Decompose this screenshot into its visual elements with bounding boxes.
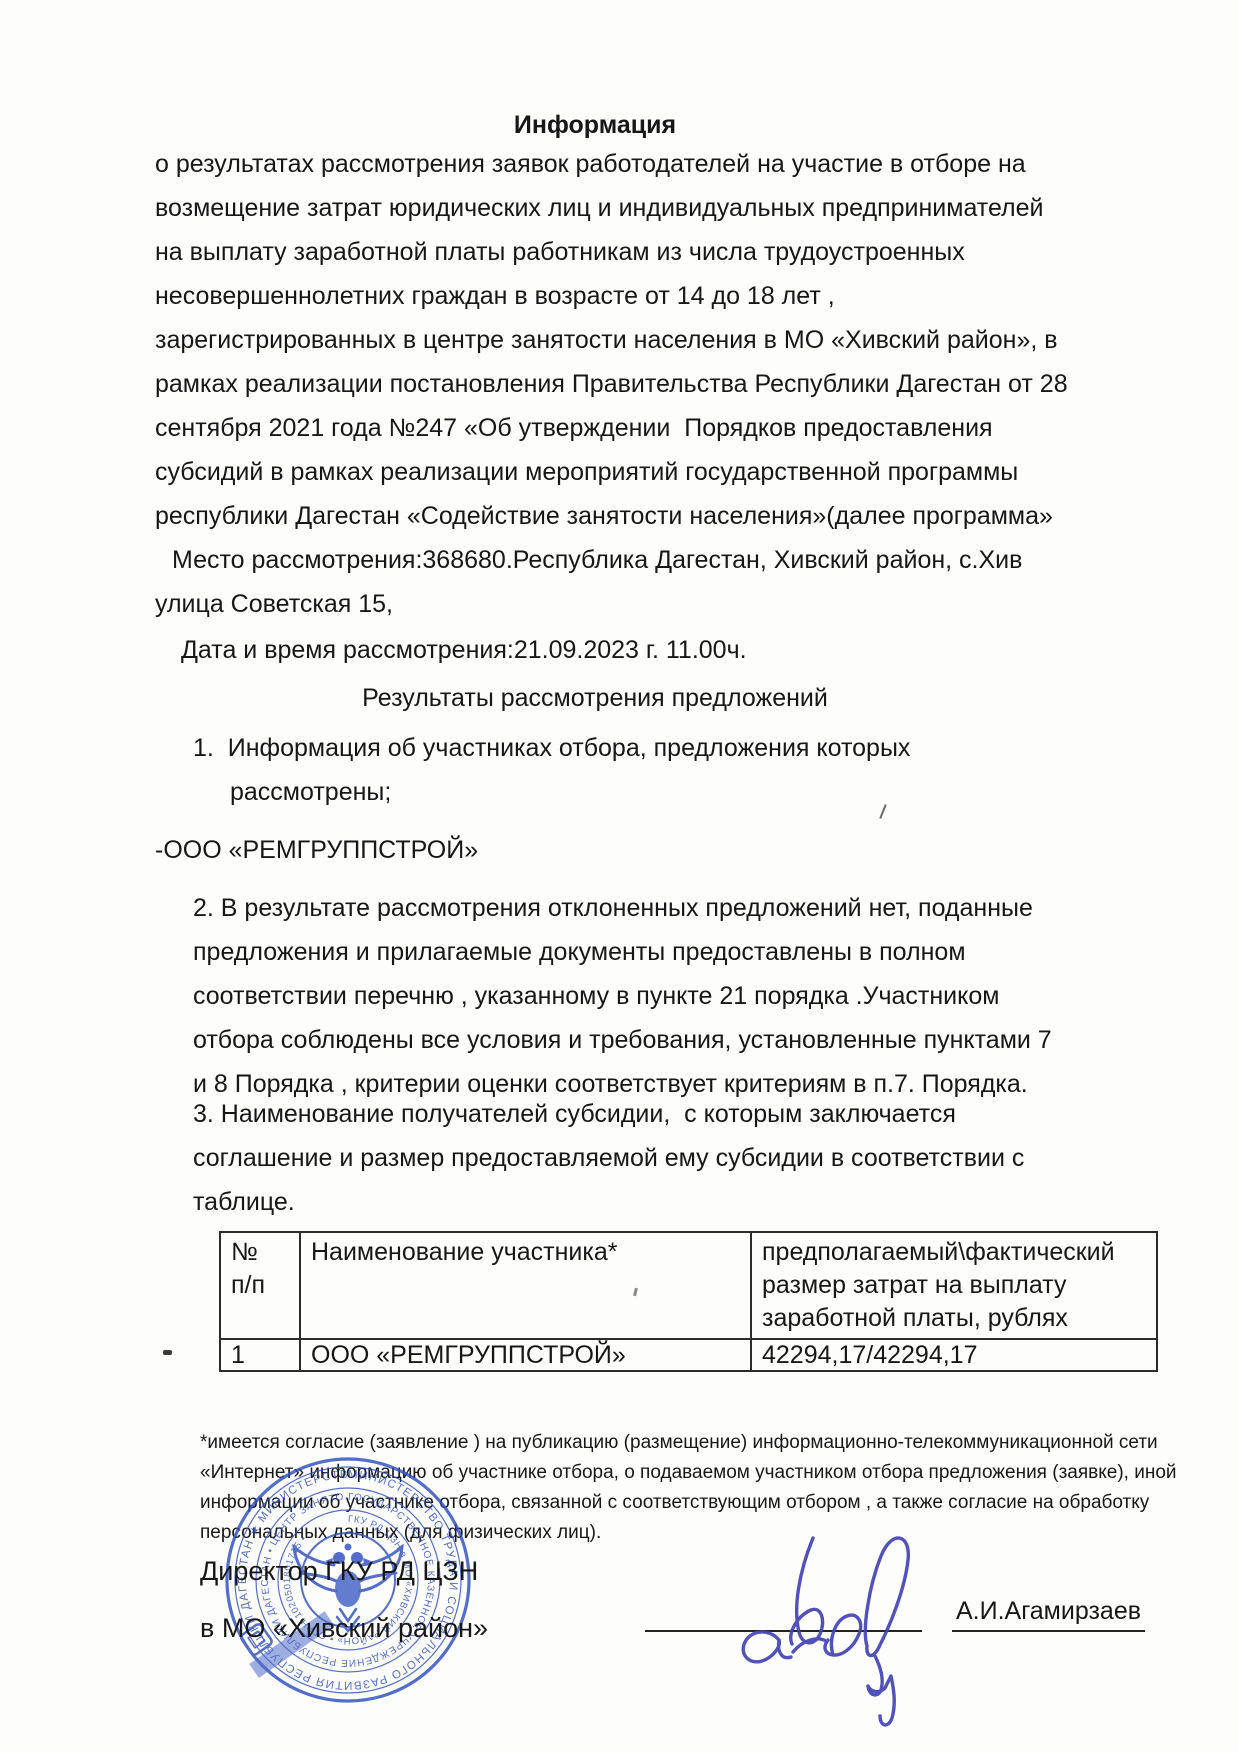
intro-line: возмещение затрат юридических лиц и инди… [155, 186, 1068, 230]
ink-speck [163, 1350, 172, 1355]
intro-line: рамках реализации постановления Правител… [155, 362, 1068, 406]
table-cell-name: ООО «РЕМГРУППСТРОЙ» [300, 1339, 751, 1371]
director-title-line2-wrap: в МО «Хивский район» [200, 1603, 488, 1653]
intro-line: на выплату заработной платы работникам и… [155, 230, 1068, 274]
intro-line: сентября 2021 года №247 «Об утверждении … [155, 406, 1068, 450]
results-heading-wrap: Результаты рассмотрения предложений [155, 676, 1035, 720]
table-cell-amount: 42294,17/42294,17 [751, 1339, 1157, 1371]
table-header-amount: предполагаемый\фактический размер затрат… [751, 1232, 1157, 1339]
intro-paragraph: о результатах рассмотрения заявок работо… [155, 142, 1068, 538]
item1-line: рассмотрены; [193, 770, 910, 814]
item2-line: отбора соблюдены все условия и требовани… [193, 1018, 1052, 1062]
table-header-num-line2: п/п [231, 1269, 289, 1302]
item2-line: предложения и прилагаемые документы пред… [193, 930, 1052, 974]
item3-line: таблице. [193, 1180, 1024, 1224]
director-title-line2: в МО «Хивский район» [200, 1603, 488, 1653]
table-header-num-line1: № [231, 1236, 289, 1269]
table-header-row: № п/п Наименование участника* предполага… [220, 1232, 1157, 1339]
page-title-wrap: Информация [155, 103, 1035, 147]
item2-line: 2. В результате рассмотрения отклоненных… [193, 886, 1052, 930]
page-title: Информация [514, 103, 676, 147]
intro-line: республики Дагестан «Содействие занятост… [155, 494, 1068, 538]
intro-line: несовершеннолетних граждан в возрасте от… [155, 274, 1068, 318]
table-header-num: № п/п [220, 1232, 300, 1339]
item3-line: соглашение и размер предоставляемой ему … [193, 1136, 1024, 1180]
intro-line: зарегистрированных в центре занятости на… [155, 318, 1068, 362]
signer-name: А.И.Агамирзаев [952, 1597, 1145, 1632]
table-cell-num: 1 [220, 1339, 300, 1371]
results-heading: Результаты рассмотрения предложений [362, 676, 828, 720]
item1-line: 1. Информация об участниках отбора, пред… [193, 726, 910, 770]
datetime-line: Дата и время рассмотрения:21.09.2023 г. … [181, 628, 747, 672]
document-page: Информация о результатах рассмотрения за… [0, 0, 1239, 1752]
participants-table-wrap: № п/п Наименование участника* предполага… [219, 1231, 1158, 1372]
item2-line: соответствии перечню , указанному в пунк… [193, 974, 1052, 1018]
table-header-name: Наименование участника* [300, 1232, 751, 1339]
place-line: Место рассмотрения:368680.Республика Даг… [155, 538, 1022, 582]
item2-paragraph: 2. В результате рассмотрения отклоненных… [193, 886, 1052, 1106]
director-title-line1: Директор ГКУ РД ЦЗН [200, 1546, 478, 1596]
place-line: улица Советская 15, [155, 582, 1022, 626]
participants-table: № п/п Наименование участника* предполага… [219, 1231, 1158, 1372]
table-row: 1 ООО «РЕМГРУППСТРОЙ» 42294,17/42294,17 [220, 1339, 1157, 1371]
item3-line: 3. Наименование получателей субсидии, с … [193, 1092, 1024, 1136]
handwritten-signature [695, 1528, 935, 1738]
datetime-paragraph: Дата и время рассмотрения:21.09.2023 г. … [181, 628, 747, 672]
participant-paragraph: -ООО «РЕМГРУППСТРОЙ» [155, 828, 478, 872]
intro-line: о результатах рассмотрения заявок работо… [155, 142, 1068, 186]
intro-line: субсидий в рамках реализации мероприятий… [155, 450, 1068, 494]
director-title-line1-wrap: Директор ГКУ РД ЦЗН [200, 1546, 478, 1596]
item3-paragraph: 3. Наименование получателей субсидии, с … [193, 1092, 1024, 1224]
participant-line: -ООО «РЕМГРУППСТРОЙ» [155, 828, 478, 872]
item1-paragraph: 1. Информация об участниках отбора, пред… [193, 726, 910, 814]
signature-graphic [695, 1528, 935, 1738]
place-paragraph: Место рассмотрения:368680.Республика Даг… [155, 538, 1022, 626]
